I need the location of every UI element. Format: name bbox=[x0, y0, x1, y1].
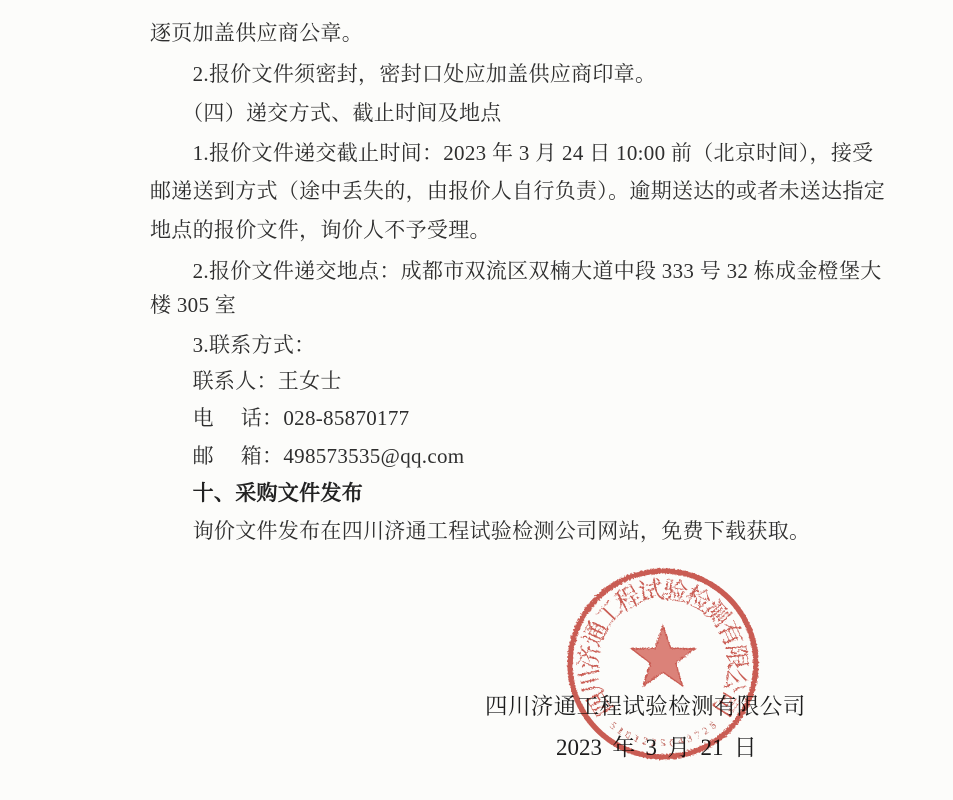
scanned-document-page: 逐页加盖供应商公章。 2.报价文件须密封，密封口处应加盖供应商印章。 （四）递交… bbox=[0, 0, 953, 800]
text-line: 邮 箱：498573535@qq.com bbox=[150, 443, 464, 470]
svg-text:0: 0 bbox=[623, 730, 633, 742]
text-line: 2.报价文件须密封，密封口处应加盖供应商印章。 bbox=[150, 61, 656, 88]
text-line: 十、采购文件发布 bbox=[150, 480, 363, 507]
svg-text:3: 3 bbox=[685, 733, 694, 745]
svg-text:7: 7 bbox=[693, 730, 703, 742]
company-seal-stamp: 四川济通工程试验检测有限公司5101225643725 bbox=[552, 553, 774, 775]
text-line: 邮递送到方式（途中丢失的，由报价人自行负责）。逾期送达的或者未送达指定 bbox=[150, 178, 885, 205]
text-line: 2.报价文件递交地点：成都市双流区双楠大道中段 333 号 32 栋成金橙堡大 bbox=[150, 258, 882, 285]
seal-star-icon bbox=[632, 626, 695, 686]
svg-text:6: 6 bbox=[669, 738, 675, 750]
text-line: 电 话：028-85870177 bbox=[150, 405, 409, 432]
svg-text:5: 5 bbox=[660, 739, 665, 750]
svg-text:4: 4 bbox=[677, 736, 685, 748]
seal-graphics: 四川济通工程试验检测有限公司5101225643725 bbox=[570, 571, 756, 757]
document-text-block: 逐页加盖供应商公章。 2.报价文件须密封，密封口处应加盖供应商印章。 （四）递交… bbox=[0, 0, 953, 800]
text-line: 楼 305 室 bbox=[150, 292, 236, 319]
text-line: （四）递交方式、截止时间及地点 bbox=[150, 100, 502, 127]
text-line: 询价文件发布在四川济通工程试验检测公司网站，免费下载获取。 bbox=[150, 518, 810, 545]
text-line: 逐页加盖供应商公章。 bbox=[150, 20, 363, 47]
svg-text:2: 2 bbox=[651, 738, 657, 750]
text-line: 地点的报价文件，询价人不予受理。 bbox=[150, 217, 491, 244]
svg-text:2: 2 bbox=[641, 736, 649, 748]
svg-text:5: 5 bbox=[708, 720, 719, 732]
svg-text:1: 1 bbox=[632, 733, 641, 745]
svg-text:1: 1 bbox=[615, 725, 625, 737]
seal-code-arc: 5101225643725 bbox=[607, 720, 719, 749]
text-line: 1.报价文件递交截止时间：2023 年 3 月 24 日 10:00 前（北京时… bbox=[150, 140, 873, 167]
text-line: 3.联系方式： bbox=[150, 332, 315, 359]
text-line: 联系人：王女士 bbox=[150, 368, 342, 395]
company-seal-svg: 四川济通工程试验检测有限公司5101225643725 bbox=[552, 553, 774, 775]
